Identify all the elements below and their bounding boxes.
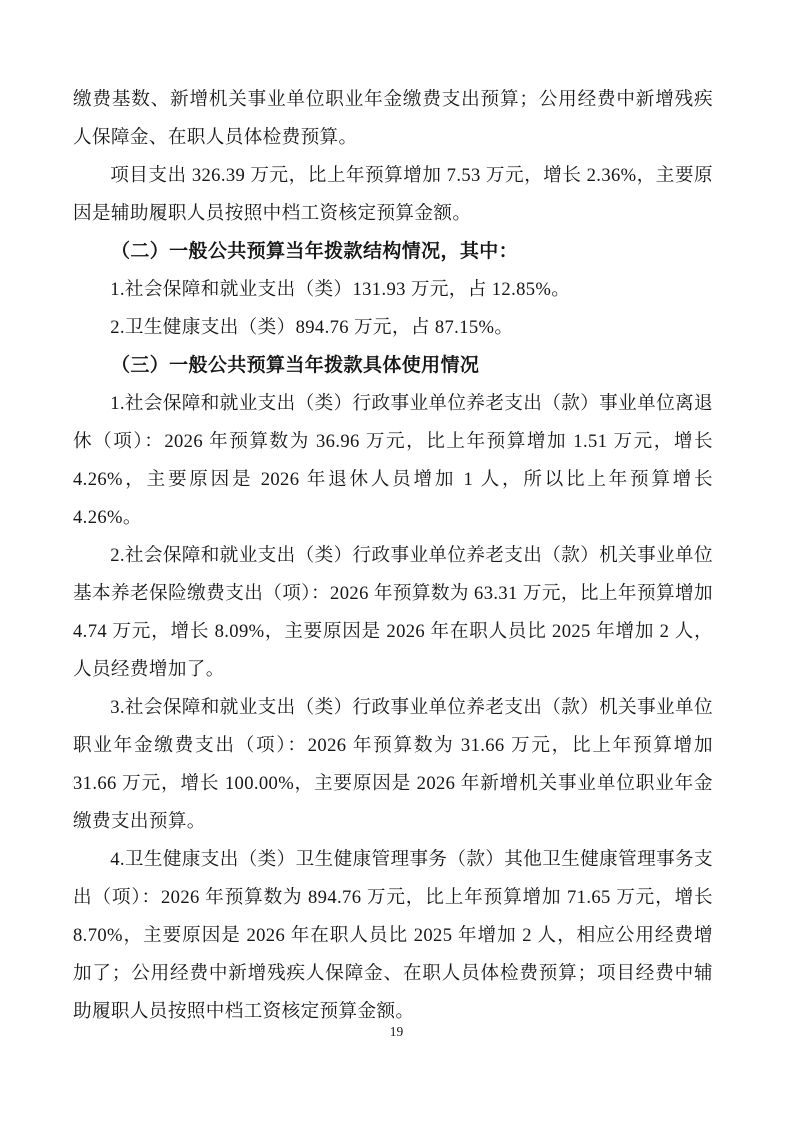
paragraph-item-3-annuity: 3.社会保障和就业支出（类）行政事业单位养老支出（款）机关事业单位职业年金缴费支… — [73, 689, 713, 841]
paragraph-item-2-basic-pension: 2.社会保障和就业支出（类）行政事业单位养老支出（款）机关事业单位基本养老保险缴… — [73, 537, 713, 689]
paragraph-item-1-retirement: 1.社会保障和就业支出（类）行政事业单位养老支出（款）事业单位离退休（项）：20… — [73, 385, 713, 537]
section-heading-3: （三）一般公共预算当年拨款具体使用情况 — [73, 347, 713, 385]
paragraph-continuation: 缴费基数、新增机关事业单位职业年金缴费支出预算；公用经费中新增残疾人保障金、在职… — [73, 81, 713, 157]
paragraph-social-security-share: 1.社会保障和就业支出（类）131.93 万元，占 12.85%。 — [73, 271, 713, 309]
paragraph-project-expenditure: 项目支出 326.39 万元，比上年预算增加 7.53 万元，增长 2.36%，… — [73, 157, 713, 233]
document-page: 缴费基数、新增机关事业单位职业年金缴费支出预算；公用经费中新增残疾人保障金、在职… — [0, 0, 793, 1122]
section-heading-2: （二）一般公共预算当年拨款结构情况，其中： — [73, 233, 713, 271]
page-number: 19 — [0, 1022, 793, 1042]
document-body: 缴费基数、新增机关事业单位职业年金缴费支出预算；公用经费中新增残疾人保障金、在职… — [73, 81, 713, 1031]
paragraph-item-4-health-admin: 4.卫生健康支出（类）卫生健康管理事务（款）其他卫生健康管理事务支出（项）：20… — [73, 841, 713, 1031]
paragraph-health-share: 2.卫生健康支出（类）894.76 万元，占 87.15%。 — [73, 309, 713, 347]
